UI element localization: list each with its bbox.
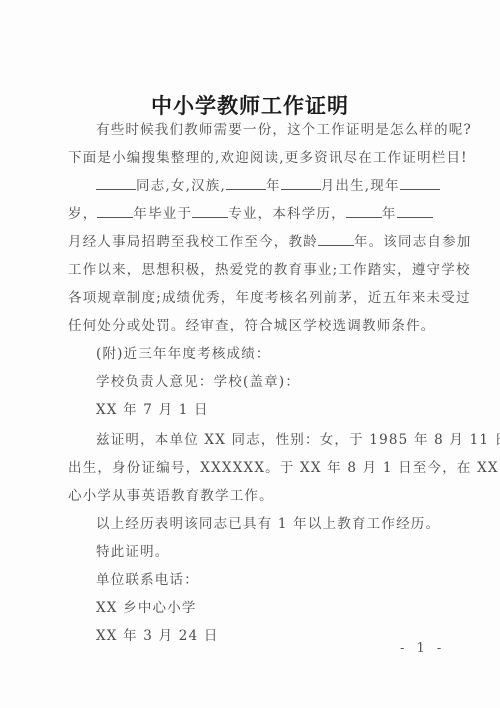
blank-field [192, 205, 228, 218]
blank-field [400, 177, 440, 190]
body-line-1: 同志,女,汉族,年月出生,现年 [96, 177, 440, 195]
experience-line: 以上经历表明该同志已具有 1 年以上教育工作经历。 [96, 515, 440, 533]
school-name: XX 乡中心小学 [96, 599, 440, 617]
blank-field [397, 205, 433, 218]
text: 专业，本科学历， [228, 206, 346, 222]
body-line-6: 任何处分或处罚。经审查，符合城区学校选调教师条件。 [68, 317, 440, 335]
page-number: - 1 - [400, 641, 445, 656]
text: 年毕业于 [133, 206, 192, 222]
date-line-1: XX 年 7 月 1 日 [96, 401, 440, 419]
blank-field [97, 205, 133, 218]
intro-line-2: 下面是小编搜集整理的,欢迎阅读,更多资讯尽在工作证明栏目! [68, 149, 440, 167]
document-page: 中小学教师工作证明 有些时候我们教师需要一份，这个工作证明是怎么样的呢? 下面是… [0, 0, 500, 708]
body-line-2: 岁，年毕业于专业，本科学历，年 [68, 205, 440, 223]
date-line-2: XX 年 3 月 24 日 [96, 627, 440, 645]
blank-field [226, 177, 266, 190]
opinion-line: 学校负责人意见：学校(盖章)： [96, 373, 440, 391]
text: 同志,女,汉族, [136, 178, 226, 194]
blank-field [96, 177, 136, 190]
blank-field [318, 233, 354, 246]
text: 年。该同志自参加 [354, 234, 472, 250]
blank-field [281, 177, 321, 190]
hereby-line: 特此证明。 [96, 543, 440, 561]
blank-field [346, 205, 382, 218]
intro-line-1: 有些时候我们教师需要一份，这个工作证明是怎么样的呢? [96, 121, 440, 139]
body-line-3: 月经人事局招聘至我校工作至今，教龄年。该同志自参加 [68, 233, 440, 251]
cert-line-3: 心小学从事英语教育教学工作。 [68, 487, 440, 505]
cert-line-2: 出生，身份证编号，XXXXXX。于 XX 年 8 月 1 日至今，在 XX 乡中 [68, 459, 440, 477]
text: 月经人事局招聘至我校工作至今，教龄 [68, 234, 318, 250]
text: 月出生,现年 [321, 178, 400, 194]
document-title: 中小学教师工作证明 [0, 90, 500, 120]
cert-line-1: 兹证明，本单位 XX 同志，性别：女，于 1985 年 8 月 11 日 [96, 431, 440, 449]
text: 岁， [68, 206, 97, 222]
text: 年 [382, 206, 397, 222]
appendix-line: (附)近三年年度考核成绩： [96, 345, 440, 363]
body-line-5: 各项规章制度;成绩优秀，年度考核名列前茅，近五年来未受过 [68, 289, 440, 307]
phone-label: 单位联系电话： [96, 571, 440, 589]
body-line-4: 工作以来，思想积极，热爱党的教育事业;工作踏实，遵守学校 [68, 261, 440, 279]
text: 年 [266, 178, 281, 194]
